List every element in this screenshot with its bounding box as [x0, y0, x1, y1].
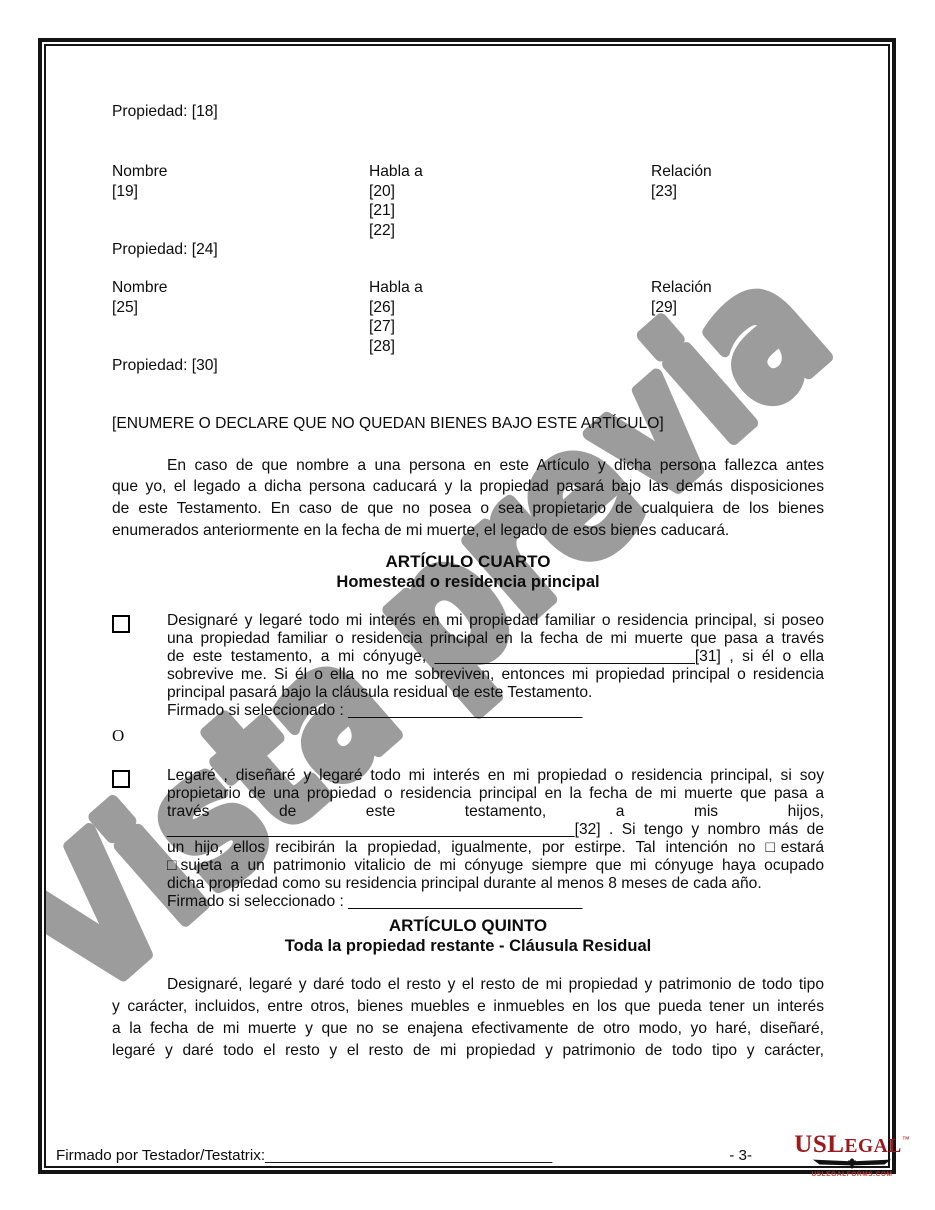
- page-border-inner: Vista previa Propiedad: [18] Nombre[19] …: [44, 44, 890, 1168]
- article-5-heading: ARTÍCULO QUINTO Toda la propiedad restan…: [112, 915, 824, 957]
- text-line: [26]: [369, 298, 651, 317]
- property-30-label: Propiedad: [30]: [112, 356, 824, 375]
- text-line: Habla a: [369, 278, 651, 297]
- text-line: sobrevive me. Si él o ella no me sobrevi…: [167, 666, 824, 684]
- text-line: Nombre: [112, 162, 369, 181]
- option-1-text: Designaré y legaré todo mi interés en mi…: [167, 612, 824, 720]
- text-line: a la fecha de mi muerte y que no se enaj…: [112, 1018, 824, 1040]
- group-2-relation-column: Relación[29]: [651, 278, 824, 356]
- group-1-relation-column: Relación[23]: [651, 162, 824, 240]
- text-line: En caso de que nombre a una persona en e…: [112, 455, 824, 477]
- text-line: [25]: [112, 298, 369, 317]
- page-border-frame: Vista previa Propiedad: [18] Nombre[19] …: [38, 38, 896, 1174]
- text-line: [21]: [369, 201, 651, 220]
- uslegal-logo: USLEGAL™ USLEGALFORMS.COM: [791, 1132, 913, 1179]
- testator-signature-blank[interactable]: __________________________________: [265, 1147, 552, 1164]
- text-line: Relación: [651, 278, 824, 297]
- text-line: propietario de una propiedad o residenci…: [167, 785, 824, 803]
- residual-clause-paragraph: Designaré, legaré y daré todo el resto y…: [112, 974, 824, 1062]
- text-line: [19]: [112, 182, 369, 201]
- text-line: legaré y daré todo el resto y el resto d…: [112, 1040, 824, 1062]
- article-4-heading: ARTÍCULO CUARTO Homestead o residencia p…: [112, 551, 824, 593]
- text-line: [29]: [651, 298, 824, 317]
- homestead-option-2-row: Legaré , diseñaré y legaré todo mi inter…: [112, 767, 824, 911]
- no-assets-instruction: [ENUMERE O DECLARE QUE NO QUEDAN BIENES …: [112, 414, 824, 433]
- text-line: ________________________________________…: [167, 821, 824, 839]
- text-line: Nombre: [112, 278, 369, 297]
- text-line: Firmado si seleccionado : ______________…: [167, 702, 824, 720]
- or-separator: O: [112, 726, 824, 745]
- page-number: - 3-: [729, 1147, 752, 1164]
- group-1-name-column: Nombre[19]: [112, 162, 369, 240]
- beneficiary-group-2: Nombre[25] Habla a[26][27][28] Relación[…: [112, 278, 824, 356]
- article-5-title: ARTÍCULO QUINTO: [112, 915, 824, 936]
- group-2-name-column: Nombre[25]: [112, 278, 369, 356]
- property-18-label: Propiedad: [18]: [112, 102, 824, 121]
- text-line: principal pasará bajo la cláusula residu…: [167, 684, 824, 702]
- text-line: enumerados anteriormente en la fecha de …: [112, 520, 824, 542]
- homestead-option-1-row: Designaré y legaré todo mi interés en mi…: [112, 612, 824, 720]
- article-5-subtitle: Toda la propiedad restante - Cláusula Re…: [112, 936, 824, 957]
- document-page: Vista previa Propiedad: [18] Nombre[19] …: [0, 0, 935, 1210]
- text-line: de este testamento, a mi cónyuge, ______…: [167, 648, 824, 666]
- text-line: Habla a: [369, 162, 651, 181]
- group-2-devise-column: Habla a[26][27][28]: [369, 278, 651, 356]
- group-1-devise-column: Habla a[20][21][22]: [369, 162, 651, 240]
- text-line: [23]: [651, 182, 824, 201]
- text-line: [27]: [369, 317, 651, 336]
- testator-signature-label: Firmado por Testador/Testatrix:: [56, 1147, 265, 1164]
- text-line: [28]: [369, 337, 651, 356]
- text-line: un hijo, ellos recibirán la propiedad, i…: [167, 839, 824, 857]
- text-line: [22]: [369, 221, 651, 240]
- option-2-checkbox[interactable]: [112, 770, 130, 788]
- text-line: Firmado si seleccionado : ______________…: [167, 893, 824, 911]
- text-line: Designaré, legaré y daré todo el resto y…: [112, 974, 824, 996]
- logo-brand-small: EGAL: [844, 1136, 901, 1157]
- option-2-text: Legaré , diseñaré y legaré todo mi inter…: [167, 767, 824, 911]
- uslegal-logo-text: USLEGAL™: [791, 1132, 913, 1157]
- text-line: Legaré , diseñaré y legaré todo mi inter…: [167, 767, 824, 785]
- article-4-subtitle: Homestead o residencia principal: [112, 572, 824, 593]
- text-line: través de este testamento, a mis hijos,: [167, 803, 824, 821]
- text-line: dicha propiedad como su residencia princ…: [167, 875, 824, 893]
- beneficiary-group-1: Nombre[19] Habla a[20][21][22] Relación[…: [112, 162, 824, 240]
- text-line: una propiedad familiar o residencia prin…: [167, 630, 824, 648]
- document-content: Propiedad: [18] Nombre[19] Habla a[20][2…: [46, 46, 888, 1166]
- text-line: □sujeta a un patrimonio vitalicio de mi …: [167, 857, 824, 875]
- article-4-title: ARTÍCULO CUARTO: [112, 551, 824, 572]
- text-line: de este Testamento. En caso de que no po…: [112, 498, 824, 520]
- eagle-icon: [802, 1158, 902, 1171]
- text-line: Designaré y legaré todo mi interés en mi…: [167, 612, 824, 630]
- logo-trademark-mark: ™: [902, 1135, 910, 1144]
- text-line: Relación: [651, 162, 824, 181]
- text-line: y carácter, incluidos, entre otros, bien…: [112, 996, 824, 1018]
- lapse-paragraph: En caso de que nombre a una persona en e…: [112, 455, 824, 541]
- text-line: [20]: [369, 182, 651, 201]
- page-footer: Firmado por Testador/Testatrix: ________…: [56, 1147, 880, 1164]
- property-24-label: Propiedad: [24]: [112, 240, 824, 259]
- logo-tagline: USLEGALFORMS.COM: [791, 1172, 913, 1179]
- option-1-checkbox[interactable]: [112, 615, 130, 633]
- logo-brand-big: USL: [794, 1131, 844, 1158]
- text-line: que yo, el legado a dicha persona caduca…: [112, 476, 824, 498]
